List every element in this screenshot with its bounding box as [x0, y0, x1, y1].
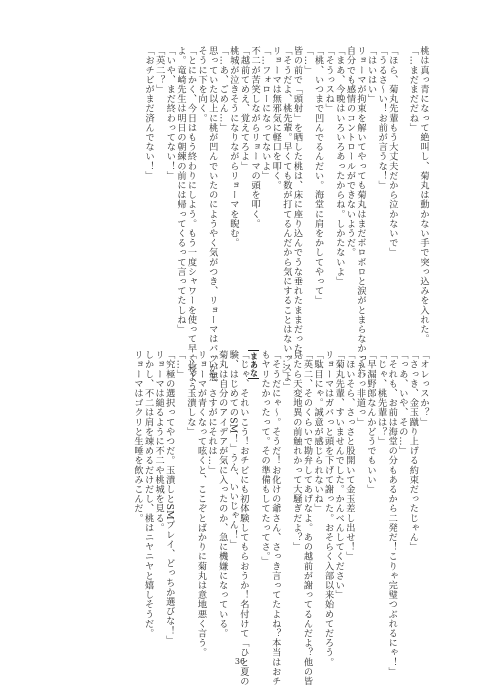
text-line: 「…」	[280, 350, 291, 630]
text-line: 「英二？」	[153, 46, 164, 336]
text-line: 「駄目にゃ。誠意が感じられないね」	[311, 350, 322, 630]
text-line: 「じゃ、玉潰しな」	[184, 350, 195, 630]
text-line: 験、はじめてのSM！」うん、いいじゃん！」	[227, 350, 238, 630]
paragraph-gap	[397, 46, 407, 336]
text-line: 「そうだよ、桃先輩。早くても数が打てるんだから気にすることはないッスよ」	[280, 46, 291, 336]
text-line: 「じゃ、それいこう！おチビにも初体験してもらおうか！名付けて「ひと夏の体	[237, 350, 248, 630]
text-line: 「オレっスか？」	[417, 350, 428, 630]
text-line: 「そうっスね」	[323, 46, 334, 336]
text-line: 「ほいそら、さっさと股開いて金玉差し出せ！」	[343, 350, 354, 630]
text-line: 「おチビがまだ済んでない！」	[143, 46, 154, 336]
top-text-block: 桃は真っ青になって絶叫し、菊丸は動かない手で突っ込みを入れた。「…まだまだだね」…	[143, 46, 428, 336]
text-line: 「桃、いつまで凹んでるんだい。海堂に肩をかしてやって」	[312, 46, 323, 336]
text-line: 「うわっ非道っ」	[354, 350, 365, 630]
text-line: 見たら天変地異の前触れかって大騒ぎだよ？」	[290, 350, 301, 630]
text-line: リョーマが青くなって呟くと、ここぞとばかりに菊丸は意地悪く言う。	[195, 350, 206, 630]
text-line: 「越前てめえ、覚えてろよ」	[238, 46, 249, 336]
text-line: 「じゃ、桃先輩は？」	[375, 350, 386, 630]
text-line: リョーマは無邪気に軽口を叩く。	[270, 46, 281, 336]
text-line: 「ほら、菊丸先輩もう大丈夫だから泣かないで」	[386, 46, 397, 336]
text-line: 「…あ、ごめん…」	[217, 46, 228, 336]
text-line: リョーマは縋るように不二や桃城を見る。	[153, 350, 164, 630]
text-line: 「いや、まだ終わってない！」	[164, 46, 175, 336]
text-line: 「さっき、金玉蹴り上げる約束だったじゃん」	[407, 350, 418, 630]
page-number: 36	[0, 657, 480, 666]
text-line: そうに下を向く。	[196, 46, 207, 336]
text-line: 「っあ、いや、その…」	[396, 350, 407, 630]
text-line: 「…」	[174, 350, 185, 630]
text-line: リョーマはガバっと頭を下げて謝った。おそらく入部以来始めてだろう。	[322, 350, 333, 630]
text-line: 「それも、お前は海堂の分もあるから二発だ！こりゃ完璧つぶれるにゃ！」	[386, 350, 397, 630]
text-line: 「まあ、今晩はいろいろあったからね。しかたないよ」	[333, 46, 344, 336]
text-line: もヤリたかったって。その準備もしてたってさ。」	[259, 350, 270, 630]
text-line: 「とにかく、今日はもう終わりにしよう。もう一度シャワーを使って早く寝よう	[185, 46, 196, 336]
text-line: 「そうだにゃ〜。そうだ！お化けの爺さん、さっき言ってたよね？本当はおチビ	[269, 350, 280, 630]
text-line: 「…まだまだだね」	[407, 46, 418, 336]
text-line: 「菊丸先輩、すいませんでした。かんべんしてください」	[333, 350, 344, 630]
text-line: よ。竜崎先生は明日の朝練の前には帰ってくるって言ってたしね」	[174, 46, 185, 336]
text-line: しかし、不二は肩を竦めるだけだし、桃はニヤニヤと嬉しそうだ。	[142, 350, 153, 630]
text-line: 「…フォローになってないよ」	[259, 46, 270, 336]
text-line: 皆の前で「頭射」を晒した桃は、床に座り込んでうな垂れたままだった。	[291, 46, 302, 336]
text-line: 桃城が泣きそうになりながらリョーマを睨む。	[227, 46, 238, 336]
text-line: 「うるさ〜い！お前が言うな！」	[376, 46, 387, 336]
text-line: 思っていた以上に桃が凹んでいたのにようやく気がつき、リョーマはバツが悪	[206, 46, 217, 336]
text-line: 「いや、さすがにそれは…」	[206, 350, 217, 630]
text-line: リョーマはゴクリと生唾を飲みこんだ。	[131, 350, 142, 630]
text-line: 自分でも感情のコントロールができないようだ。	[344, 46, 355, 336]
text-line: まあな	[248, 350, 259, 630]
text-line: リョーマが拘束を解いてやっても菊丸はまだボロボロと涙がとまらなかった。	[354, 46, 365, 336]
text-line: 「英二、そのくらいで勘弁してあげなよ。あの越前が謝ってるんだよ？他の皆が	[301, 350, 312, 630]
text-line: 「…」	[301, 46, 312, 336]
speaker-tag: まあな	[248, 350, 259, 379]
text-line: 桃は真っ青になって絶叫し、菊丸は動かない手で突っ込みを入れた。	[417, 46, 428, 336]
bottom-text-block: 「オレっスか？」「さっき、金玉蹴り上げる約束だったじゃん」「っあ、いや、その…」…	[131, 350, 428, 630]
text-line: 不二が苦笑しながらリョーマの頭を叩く。	[249, 46, 260, 336]
text-line: 「早漏野郎なんかどうでもいい」	[364, 350, 375, 630]
text-line: 「究極の選択ってやつだ。玉潰しとSMプレイ、どっちか選びな！」	[163, 350, 174, 630]
text-line: 菊丸は自分のアイデアが気に入ったのか、急に機嫌になっている。	[216, 350, 227, 630]
text-line: 「はいはい」	[365, 46, 376, 336]
